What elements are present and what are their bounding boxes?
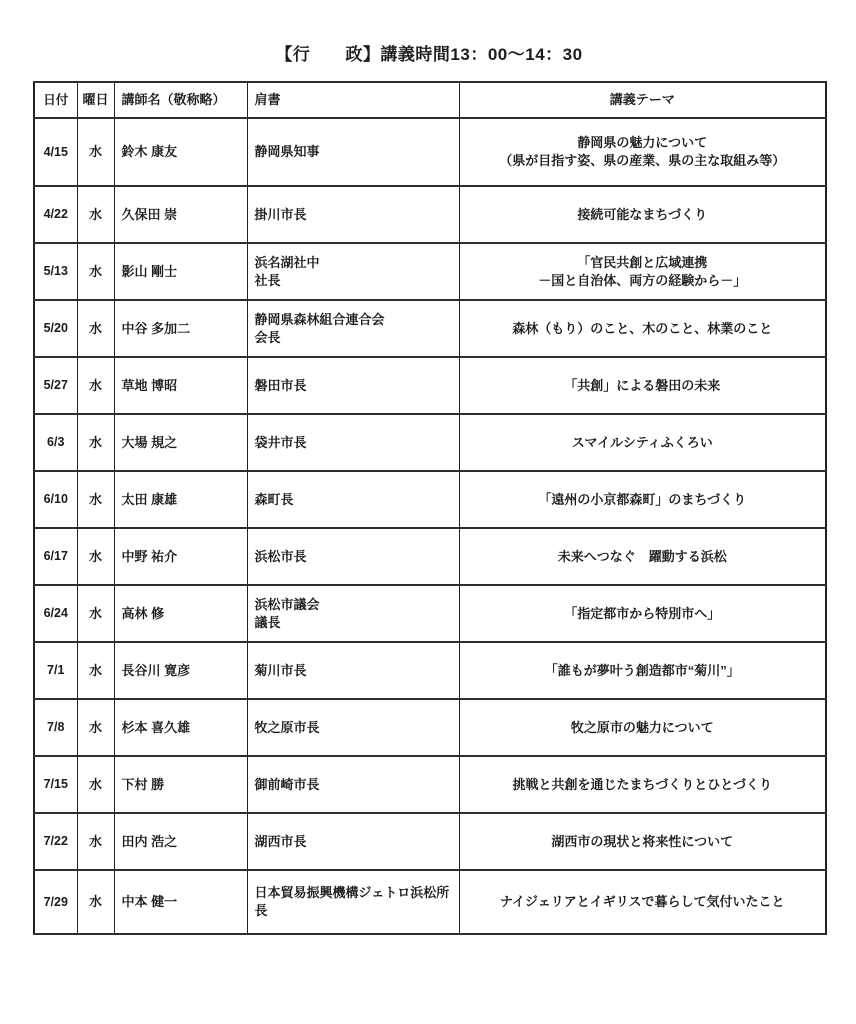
day-cell: 水 (77, 642, 114, 699)
day-cell: 水 (77, 471, 114, 528)
day-cell: 水 (77, 699, 114, 756)
position-cell: 菊川市長 (247, 642, 459, 699)
theme-cell: 「遠州の小京都森町」のまちづくり (459, 471, 826, 528)
header-day: 曜日 (77, 82, 114, 118)
lecturer-cell: 中谷 多加二 (114, 300, 247, 357)
table-row: 6/24 水 高林 修 浜松市議会 議長 「指定都市から特別市へ」 (34, 585, 826, 642)
table-row: 7/15 水 下村 勝 御前崎市長 挑戦と共創を通じたまちづくりとひとづくり (34, 756, 826, 813)
table-row: 6/10 水 太田 康雄 森町長 「遠州の小京都森町」のまちづくり (34, 471, 826, 528)
table-row: 6/3 水 大場 規之 袋井市長 スマイルシティふくろい (34, 414, 826, 471)
table-row: 6/17 水 中野 祐介 浜松市長 未来へつなぐ 躍動する浜松 (34, 528, 826, 585)
lecturer-cell: 下村 勝 (114, 756, 247, 813)
date-cell: 7/1 (34, 642, 77, 699)
lecturer-cell: 中本 健一 (114, 870, 247, 934)
date-cell: 4/15 (34, 118, 77, 186)
position-cell: 湖西市長 (247, 813, 459, 870)
day-cell: 水 (77, 870, 114, 934)
lecture-schedule-table: 日付 曜日 講師名（敬称略） 肩書 講義テーマ 4/15 水 鈴木 康友 静岡県… (33, 81, 827, 935)
lecturer-cell: 長谷川 寛彦 (114, 642, 247, 699)
table-row: 7/29 水 中本 健一 日本貿易振興機構ジェトロ浜松所長 ナイジェリアとイギリ… (34, 870, 826, 934)
day-cell: 水 (77, 186, 114, 243)
position-cell: 掛川市長 (247, 186, 459, 243)
header-row: 日付 曜日 講師名（敬称略） 肩書 講義テーマ (34, 82, 826, 118)
day-cell: 水 (77, 414, 114, 471)
table-row: 5/13 水 影山 剛士 浜名湖社中 社長 「官民共創と広域連携 －国と自治体、… (34, 243, 826, 300)
day-cell: 水 (77, 357, 114, 414)
header-theme: 講義テーマ (459, 82, 826, 118)
theme-cell: 森林（もり）のこと、木のこと、林業のこと (459, 300, 826, 357)
day-cell: 水 (77, 528, 114, 585)
lecturer-cell: 久保田 崇 (114, 186, 247, 243)
table-row: 4/22 水 久保田 崇 掛川市長 接続可能なまちづくり (34, 186, 826, 243)
position-cell: 袋井市長 (247, 414, 459, 471)
date-cell: 5/13 (34, 243, 77, 300)
date-cell: 4/22 (34, 186, 77, 243)
theme-cell: 牧之原市の魅力について (459, 699, 826, 756)
lecturer-cell: 中野 祐介 (114, 528, 247, 585)
day-cell: 水 (77, 118, 114, 186)
date-cell: 7/8 (34, 699, 77, 756)
position-cell: 御前崎市長 (247, 756, 459, 813)
theme-cell: 「共創」による磐田の未来 (459, 357, 826, 414)
date-cell: 6/24 (34, 585, 77, 642)
page-title: 【行 政】講義時間13：00～14：30 (33, 0, 825, 65)
theme-cell: 接続可能なまちづくり (459, 186, 826, 243)
position-cell: 静岡県森林組合連合会 会長 (247, 300, 459, 357)
position-cell: 日本貿易振興機構ジェトロ浜松所長 (247, 870, 459, 934)
lecturer-cell: 大場 規之 (114, 414, 247, 471)
date-cell: 5/27 (34, 357, 77, 414)
lecturer-cell: 草地 博昭 (114, 357, 247, 414)
header-lecturer: 講師名（敬称略） (114, 82, 247, 118)
table-row: 7/1 水 長谷川 寛彦 菊川市長 「誰もが夢叶う創造都市“菊川”」 (34, 642, 826, 699)
lecturer-cell: 太田 康雄 (114, 471, 247, 528)
header-date: 日付 (34, 82, 77, 118)
theme-cell: スマイルシティふくろい (459, 414, 826, 471)
day-cell: 水 (77, 756, 114, 813)
theme-cell: 「官民共創と広域連携 －国と自治体、両方の経験から－」 (459, 243, 826, 300)
lecturer-cell: 鈴木 康友 (114, 118, 247, 186)
position-cell: 静岡県知事 (247, 118, 459, 186)
position-cell: 磐田市長 (247, 357, 459, 414)
lecturer-cell: 影山 剛士 (114, 243, 247, 300)
theme-cell: ナイジェリアとイギリスで暮らして気付いたこと (459, 870, 826, 934)
day-cell: 水 (77, 585, 114, 642)
table-row: 7/8 水 杉本 喜久雄 牧之原市長 牧之原市の魅力について (34, 699, 826, 756)
table-row: 5/20 水 中谷 多加二 静岡県森林組合連合会 会長 森林（もり）のこと、木の… (34, 300, 826, 357)
theme-cell: 「誰もが夢叶う創造都市“菊川”」 (459, 642, 826, 699)
date-cell: 6/17 (34, 528, 77, 585)
position-cell: 牧之原市長 (247, 699, 459, 756)
date-cell: 7/29 (34, 870, 77, 934)
date-cell: 7/15 (34, 756, 77, 813)
theme-cell: 「指定都市から特別市へ」 (459, 585, 826, 642)
header-position: 肩書 (247, 82, 459, 118)
day-cell: 水 (77, 813, 114, 870)
document-page: 【行 政】講義時間13：00～14：30 日付 曜日 講師名（敬称略） 肩書 講… (0, 0, 856, 1024)
date-cell: 6/3 (34, 414, 77, 471)
position-cell: 浜松市議会 議長 (247, 585, 459, 642)
lecturer-cell: 田内 浩之 (114, 813, 247, 870)
theme-cell: 未来へつなぐ 躍動する浜松 (459, 528, 826, 585)
day-cell: 水 (77, 243, 114, 300)
lecturer-cell: 高林 修 (114, 585, 247, 642)
date-cell: 5/20 (34, 300, 77, 357)
table-row: 7/22 水 田内 浩之 湖西市長 湖西市の現状と将来性について (34, 813, 826, 870)
table-row: 5/27 水 草地 博昭 磐田市長 「共創」による磐田の未来 (34, 357, 826, 414)
position-cell: 森町長 (247, 471, 459, 528)
table-row: 4/15 水 鈴木 康友 静岡県知事 静岡県の魅力について （県が目指す姿、県の… (34, 118, 826, 186)
date-cell: 6/10 (34, 471, 77, 528)
day-cell: 水 (77, 300, 114, 357)
position-cell: 浜名湖社中 社長 (247, 243, 459, 300)
theme-cell: 静岡県の魅力について （県が目指す姿、県の産業、県の主な取組み等） (459, 118, 826, 186)
date-cell: 7/22 (34, 813, 77, 870)
lecturer-cell: 杉本 喜久雄 (114, 699, 247, 756)
position-cell: 浜松市長 (247, 528, 459, 585)
theme-cell: 湖西市の現状と将来性について (459, 813, 826, 870)
theme-cell: 挑戦と共創を通じたまちづくりとひとづくり (459, 756, 826, 813)
